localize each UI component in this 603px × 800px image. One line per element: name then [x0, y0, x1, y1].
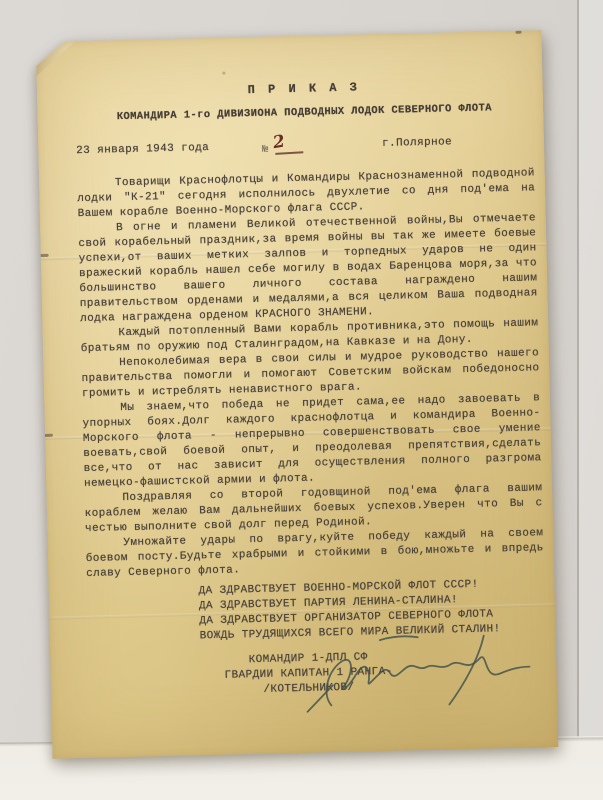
- paragraph: В огне и пламени Великой отечественной в…: [78, 211, 538, 327]
- typed-document: П Р И К А З КОМАНДИРА 1-го ДИВИЗИОНА ПОД…: [36, 30, 559, 759]
- paragraph: Умножайте удары по врагу,куйте победу ка…: [85, 526, 544, 582]
- number-underline: [275, 151, 303, 155]
- dateline: 23 января 1943 года №2 г.Полярное: [76, 133, 534, 160]
- document-subtitle: КОМАНДИРА 1-го ДИВИЗИОНА ПОДВОДНЫХ ЛОДОК…: [75, 100, 533, 126]
- number-sign: №: [262, 145, 269, 156]
- signature-block: КОМАНДИР 1-ДПЛ СФ ГВАРДИИ КАПИТАН 1 РАНГ…: [200, 649, 417, 699]
- document-place: г.Полярное: [382, 135, 452, 152]
- handwritten-number: 2: [272, 134, 287, 151]
- document-date: 23 января 1943 года: [76, 141, 209, 159]
- document-paper: П Р И К А З КОМАНДИРА 1-го ДИВИЗИОНА ПОД…: [36, 30, 559, 759]
- document-title: П Р И К А З: [75, 76, 533, 102]
- order-number: №2: [262, 139, 286, 158]
- photo-of-document: П Р И К А З КОМАНДИРА 1-го ДИВИЗИОНА ПОД…: [0, 0, 603, 800]
- paper-shadow-wrap: П Р И К А З КОМАНДИРА 1-го ДИВИЗИОНА ПОД…: [0, 0, 603, 800]
- slogans-block: ДА ЗДРАВСТВУЕТ ВОЕННО-МОРСКОЙ ФЛОТ СССР!…: [198, 576, 545, 644]
- paragraph: Мы знаем,что победа не придет сама,ее на…: [82, 391, 542, 492]
- document-body: Товарищи Краснофлотцы и Командиры Красно…: [77, 166, 544, 582]
